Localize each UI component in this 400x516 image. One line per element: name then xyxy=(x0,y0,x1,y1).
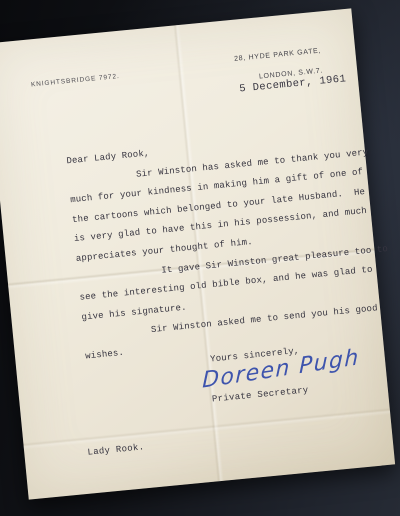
letter-photo-background: KNIGHTSBRIDGE 7972. 28, HYDE PARK GATE, … xyxy=(0,0,400,516)
letter-body: Dear Lady Rook, Sir Winston has asked me… xyxy=(66,124,383,367)
letterhead-telephone: KNIGHTSBRIDGE 7972. xyxy=(31,73,120,88)
letter-paper: KNIGHTSBRIDGE 7972. 28, HYDE PARK GATE, … xyxy=(0,8,395,499)
addressee-line: Lady Rook. xyxy=(87,442,145,457)
